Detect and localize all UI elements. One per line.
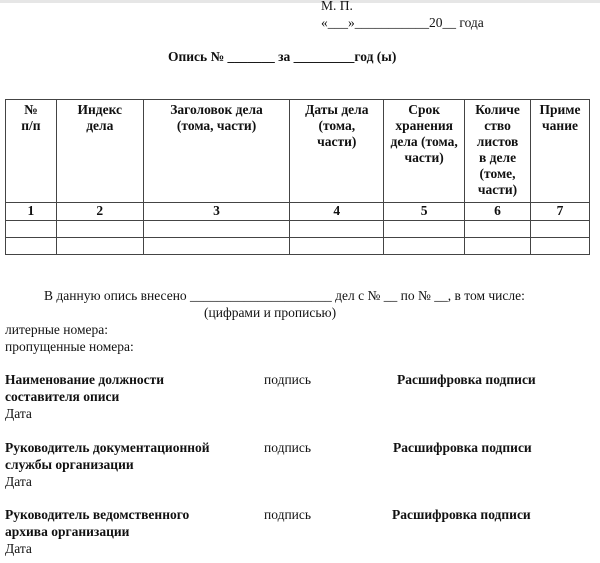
date-label: Дата <box>5 541 32 557</box>
column-header: Даты дела(тома,части) <box>290 100 384 203</box>
signer-role: службы организации <box>5 457 134 473</box>
table-row <box>6 238 590 255</box>
column-header: Заголовок дела(тома, части) <box>143 100 290 203</box>
signature-label: подпись <box>264 372 311 388</box>
column-header: Срокхранениядела (тома,части) <box>384 100 465 203</box>
column-header: Примечание <box>531 100 590 203</box>
table-number-row: 1234567 <box>6 203 590 221</box>
column-number: 3 <box>143 203 290 221</box>
column-header: Количестволистовв деле(томе,части) <box>465 100 531 203</box>
column-header: №п/п <box>6 100 57 203</box>
signer-role: составителя описи <box>5 389 119 405</box>
signer-role: Руководитель документационной <box>5 440 210 456</box>
date-label: Дата <box>5 406 32 422</box>
inventory-table: №п/пИндексделаЗаголовок дела(тома, части… <box>5 99 590 255</box>
stamp-place: М. П. <box>321 0 353 14</box>
top-edge <box>0 0 600 3</box>
column-number: 4 <box>290 203 384 221</box>
table-header-row: №п/пИндексделаЗаголовок дела(тома, части… <box>6 100 590 203</box>
liter-numbers: литерные номера: <box>5 322 108 338</box>
summary-hint: (цифрами и прописью) <box>204 305 336 321</box>
column-header: Индексдела <box>56 100 143 203</box>
column-number: 6 <box>465 203 531 221</box>
summary-line: В данную опись внесено _________________… <box>44 288 525 304</box>
column-number: 5 <box>384 203 465 221</box>
missing-numbers: пропущенные номера: <box>5 339 134 355</box>
column-number: 2 <box>56 203 143 221</box>
date-line: «___»___________20__ года <box>321 15 484 31</box>
signer-role: архива организации <box>5 524 129 540</box>
date-label: Дата <box>5 474 32 490</box>
signer-role: Наименование должности <box>5 372 164 388</box>
decode-label: Расшифровка подписи <box>392 507 531 523</box>
decode-label: Расшифровка подписи <box>397 372 536 388</box>
table-row <box>6 221 590 238</box>
decode-label: Расшифровка подписи <box>393 440 532 456</box>
signature-label: подпись <box>264 507 311 523</box>
signature-label: подпись <box>264 440 311 456</box>
inventory-title: Опись № _______ за _________год (ы) <box>168 49 396 65</box>
signer-role: Руководитель ведомственного <box>5 507 189 523</box>
column-number: 7 <box>531 203 590 221</box>
column-number: 1 <box>6 203 57 221</box>
